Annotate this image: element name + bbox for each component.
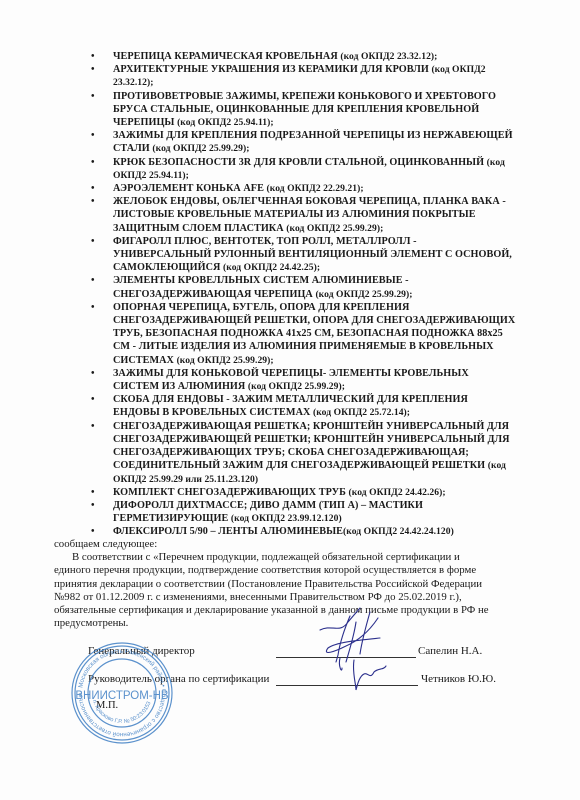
product-list: •ЧЕРЕПИЦА КЕРАМИЧЕСКАЯ КРОВЕЛЬНАЯ (код О… [85,50,517,539]
product-list-item: •ЖЕЛОБОК ЕНДОВЫ, ОБЛЕГЧЕННАЯ БОКОВАЯ ЧЕР… [85,195,517,235]
product-name: КОМПЛЕКТ СНЕГОЗАДЕРЖИВАЮЩИХ ТРУБ [113,487,349,498]
okpd2-code: (код ОКПД2 24.42.25); [223,262,320,273]
bullet-icon: • [91,63,95,76]
bullet-icon: • [91,182,95,195]
product-list-item: •ПРОТИВОВЕТРОВЫЕ ЗАЖИМЫ, КРЕПЕЖИ КОНЬКОВ… [85,90,517,130]
product-list-item: •АРХИТЕКТУРНЫЕ УКРАШЕНИЯ ИЗ КЕРАМИКИ ДЛЯ… [85,63,517,89]
product-list-item: •КРЮК БЕЗОПАСНОСТИ 3R ДЛЯ КРОВЛИ СТАЛЬНО… [85,156,517,182]
bullet-icon: • [91,195,95,208]
product-name: ПРОТИВОВЕТРОВЫЕ ЗАЖИМЫ, КРЕПЕЖИ КОНЬКОВО… [113,91,496,128]
product-name: ФЛЕКСИРОЛЛ 5/90 – ЛЕНТЫ АЛЮМИНЕВЫЕ [113,526,343,537]
seal-label: М.П. [96,700,118,711]
okpd2-code: (код ОКПД2 25.72.14); [313,407,410,418]
svg-text:Московская область Раменский р: Московская область Раменский район • Общ… [70,641,167,738]
product-list-item: •ОПОРНАЯ ЧЕРЕПИЦА, БУГЕЛЬ, ОПОРА ДЛЯ КРЕ… [85,301,517,367]
okpd2-code: (код ОКПД2 24.42.26); [349,487,446,498]
bullet-icon: • [91,499,95,512]
product-list-item: •КОМПЛЕКТ СНЕГОЗАДЕРЖИВАЮЩИХ ТРУБ (код О… [85,486,517,499]
cert-head-signature-line [276,673,418,686]
product-name: КРЮК БЕЗОПАСНОСТИ 3R ДЛЯ КРОВЛИ СТАЛЬНОЙ… [113,157,487,168]
product-list-item: •ЭЛЕМЕНТЫ КРОВЕЛЛЬНЫХ СИСТЕМ АЛЮМИНИЕВЫЕ… [85,274,517,300]
product-list-item: •СНЕГОЗАДЕРЖИВАЮЩАЯ РЕШЕТКА; КРОНШТЕЙН У… [85,420,517,486]
okpd2-code: (код ОКПД2 25.99.29); [152,143,249,154]
okpd2-code: (код ОКПД2 25.99.29); [177,355,274,366]
okpd2-code: (код ОКПД2 24.42.24.120) [343,526,454,537]
cert-head-title: Руководитель органа по сертификации [88,673,269,685]
bullet-icon: • [91,90,95,103]
product-name: АРХИТЕКТУРНЫЕ УКРАШЕНИЯ ИЗ КЕРАМИКИ ДЛЯ … [113,64,431,75]
okpd2-code: (код ОКПД2 23.99.12.120) [231,513,342,524]
product-list-item: •ЗАЖИМЫ ДЛЯ КОНЬКОВОЙ ЧЕРЕПИЦЫ- ЭЛЕМЕНТЫ… [85,367,517,393]
bullet-icon: • [91,235,95,248]
okpd2-code: (код ОКПД2 23.32.12); [340,51,437,62]
svg-text:ВНИИСТРОМ-НВ: ВНИИСТРОМ-НВ [75,690,169,702]
director-name: Сапелин Н.А. [418,645,482,657]
bullet-icon: • [91,156,95,169]
okpd2-code: (код ОКПД2 25.99.29); [315,289,412,300]
product-list-item: •ДИФОРОЛЛ ДИХТМАССЕ; ДИВО ДАММ (ТИП А) –… [85,499,517,525]
bullet-icon: • [91,420,95,433]
bullet-icon: • [91,129,95,142]
cert-head-name: Четников Ю.Ю. [421,673,496,685]
product-name: ЧЕРЕПИЦА КЕРАМИЧЕСКАЯ КРОВЕЛЬНАЯ [113,51,340,62]
product-name: СНЕГОЗАДЕРЖИВАЮЩАЯ РЕШЕТКА; КРОНШТЕЙН УН… [113,421,510,472]
product-list-item: •ЗАЖИМЫ ДЛЯ КРЕПЛЕНИЯ ПОДРЕЗАННОЙ ЧЕРЕПИ… [85,129,517,155]
product-name: АЭРОЭЛЕМЕНТ КОНЬКА AFE [113,183,267,194]
document-page: •ЧЕРЕПИЦА КЕРАМИЧЕСКАЯ КРОВЕЛЬНАЯ (код О… [0,0,580,800]
intro-text: сообщаем следующее: [54,538,524,551]
bullet-icon: • [91,50,95,63]
letter-body: сообщаем следующее: В соответствии с «Пе… [88,538,524,630]
compliance-paragraph: В соответствии с «Перечнем продукции, по… [54,551,494,630]
product-list-item: •ЧЕРЕПИЦА КЕРАМИЧЕСКАЯ КРОВЕЛЬНАЯ (код О… [85,50,517,63]
svg-text:п. Красково Г.Р. № 50:23:0153: п. Красково Г.Р. № 50:23:0153 [91,699,152,725]
okpd2-code: (код ОКПД2 25.99.29); [248,381,345,392]
product-list-item: •СКОБА ДЛЯ ЕНДОВЫ - ЗАЖИМ МЕТАЛЛИЧЕСКИЙ … [85,393,517,419]
director-title: Генеральный директор [88,645,195,657]
okpd2-code: (код ОКПД2 25.99.29); [286,223,383,234]
bullet-icon: • [91,486,95,499]
bullet-icon: • [91,367,95,380]
okpd2-code: (код ОКПД2 25.94.11); [177,117,274,128]
bullet-icon: • [91,525,95,538]
product-name: ОПОРНАЯ ЧЕРЕПИЦА, БУГЕЛЬ, ОПОРА ДЛЯ КРЕП… [113,302,515,366]
bullet-icon: • [91,274,95,287]
okpd2-code: (код ОКПД2 22.29.21); [267,183,364,194]
bullet-icon: • [91,301,95,314]
director-signature-line [276,645,416,658]
bullet-icon: • [91,393,95,406]
product-list-item: •АЭРОЭЛЕМЕНТ КОНЬКА AFE (код ОКПД2 22.29… [85,182,517,195]
product-name: СКОБА ДЛЯ ЕНДОВЫ - ЗАЖИМ МЕТАЛЛИЧЕСКИЙ Д… [113,394,468,418]
company-stamp-icon: Московская область Раменский район • Общ… [70,641,174,745]
product-list-item: •ФИГАРОЛЛ ПЛЮС, ВЕНТОТЕК, ТОП РОЛЛ, МЕТА… [85,235,517,275]
product-list-item: •ФЛЕКСИРОЛЛ 5/90 – ЛЕНТЫ АЛЮМИНЕВЫЕ(код … [85,525,517,538]
